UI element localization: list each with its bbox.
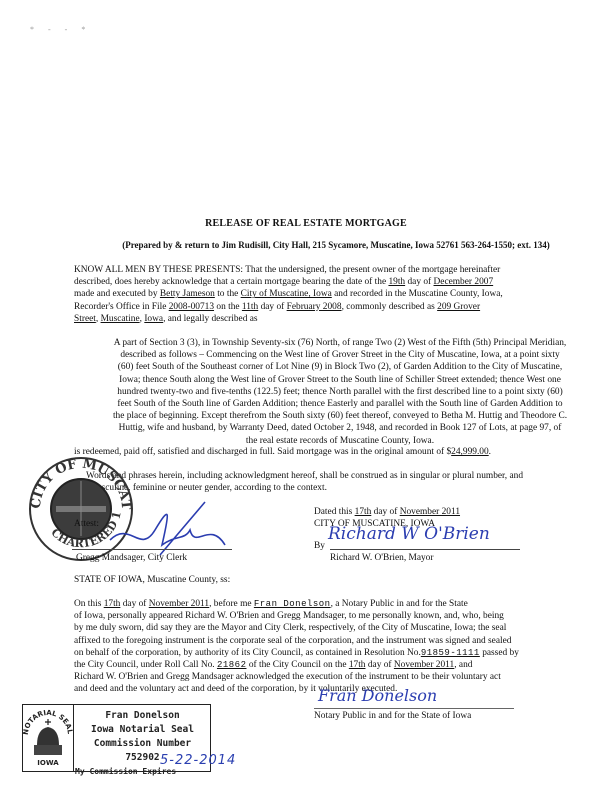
clerk-name: Gregg Mandsager, City Clerk xyxy=(76,552,187,564)
legal-line: Huttig, wife and husband, by Warranty De… xyxy=(80,422,600,434)
legal-line: A part of Section 3 (3), in Township Sev… xyxy=(80,337,600,349)
notary-acknowledgment: On this 17th day of November 2011, befor… xyxy=(74,598,612,696)
prepared-by-line: (Prepared by & return to Jim Rudisill, C… xyxy=(60,239,612,251)
notary-text: the City Council, under Roll Call No. xyxy=(74,660,217,670)
notary-line: affixed to the foregoing instrument is t… xyxy=(74,635,612,647)
clerk-signature-icon xyxy=(100,500,240,560)
notary-signature-line xyxy=(314,708,514,709)
dated-line: Dated this 17th day of November 2011 xyxy=(314,506,460,518)
notary-month-year: November 2011 xyxy=(149,599,209,609)
intro-text: on the xyxy=(214,302,242,312)
mortgage-day: 19th xyxy=(388,277,405,287)
council-month-year: November 2011 xyxy=(394,660,454,670)
original-amount: 24,999.00 xyxy=(451,447,489,457)
document-title: RELEASE OF REAL ESTATE MORTGAGE xyxy=(0,218,612,230)
address-state: Iowa xyxy=(144,314,163,324)
intro-text: day of xyxy=(258,302,286,312)
notary-line: by me duly sworn, did say they are the M… xyxy=(74,622,612,634)
notarial-seal-emblem: NOTARIAL SEAL IOWA xyxy=(23,705,74,771)
notary-text: , and xyxy=(454,660,472,670)
intro-text: day of xyxy=(405,277,433,287)
recorded-day: 11th xyxy=(242,302,258,312)
notary-text: of the City Council on the xyxy=(246,660,348,670)
intro-text: and recorded in the Muscatine County, Io… xyxy=(332,289,503,299)
address-part-2: Street xyxy=(74,314,96,324)
mayor-name: Richard W. O'Brien, Mayor xyxy=(330,552,434,564)
stamp-notary-name: Fran Donelson xyxy=(75,709,210,723)
legal-line: hundred twenty-two and five-tenths (122.… xyxy=(80,386,600,398)
intro-text: to the xyxy=(215,289,241,299)
legal-line: Iowa; thence South along the West line o… xyxy=(80,374,600,386)
svg-text:IOWA: IOWA xyxy=(37,759,59,767)
intro-text: , commonly described as xyxy=(342,302,438,312)
attest-label: Attest: xyxy=(74,518,99,530)
capitol-dome-icon: NOTARIAL SEAL IOWA xyxy=(23,705,73,771)
mayor-signature: Richard W O'Brien xyxy=(328,528,490,540)
mortgage-month-year: December 2007 xyxy=(434,277,494,287)
legal-description: A part of Section 3 (3), in Township Sev… xyxy=(80,337,600,447)
commission-expiration-date: 5-22-2014 xyxy=(160,755,236,767)
venue-line: STATE OF IOWA, Muscatine County, ss: xyxy=(74,574,230,586)
mortgagor: Betty Jameson xyxy=(160,289,215,299)
recorded-month-year: February 2008 xyxy=(287,302,342,312)
notary-line: Richard W. O'Brien and Gregg Mandsager a… xyxy=(74,671,612,683)
notary-text: passed by xyxy=(480,648,519,658)
intro-line-1: KNOW ALL MEN BY THESE PRESENTS: That the… xyxy=(74,264,594,276)
legal-line: the place of beginning. Except therefrom… xyxy=(80,410,600,422)
roll-call-number: 21862 xyxy=(217,660,247,670)
notary-text: day of xyxy=(366,660,394,670)
notary-signature-label: Notary Public in and for the State of Io… xyxy=(314,710,471,722)
notary-text: On this xyxy=(74,599,104,609)
notary-name-typed: Fran Donelson xyxy=(254,599,331,609)
legal-line: feet South of the South line of Garden A… xyxy=(80,398,600,410)
notary-signature: Fran Donelson xyxy=(318,690,437,702)
dated-text: day of xyxy=(371,507,399,517)
mortgagee: City of Muscatine, Iowa xyxy=(241,289,332,299)
intro-text: Recorder's Office in File xyxy=(74,302,169,312)
intro-text: , and legally described as xyxy=(163,314,258,324)
clerk-signature-line xyxy=(72,549,232,550)
redeemed-statement: is redeemed, paid off, satisfied and dis… xyxy=(74,446,491,458)
council-day: 17th xyxy=(349,660,366,670)
legal-line: described as follows – Commencing on the… xyxy=(80,349,600,361)
construction-clause-1: Words and phrases herein, including ackn… xyxy=(86,470,523,482)
redeemed-end: . xyxy=(489,447,491,457)
notary-line: of Iowa, personally appeared Richard W. … xyxy=(74,610,612,622)
notary-text: on behalf of the corporation, by authori… xyxy=(74,648,421,658)
file-number: 2008-00713 xyxy=(169,302,214,312)
address-city: Muscatine xyxy=(101,314,140,324)
mayor-signature-line xyxy=(330,549,520,550)
stamp-line-2: Iowa Notarial Seal xyxy=(75,723,210,737)
legal-line: (60) feet South of the Southeast corner … xyxy=(80,361,600,373)
notary-text: , a Notary Public in and for the State xyxy=(331,599,468,609)
dated-day: 17th xyxy=(355,507,372,517)
legal-line: the real estate records of Muscatine Cou… xyxy=(80,435,600,447)
intro-text: made and executed by xyxy=(74,289,160,299)
address-part-1: 209 Grover xyxy=(437,302,480,312)
resolution-number: 91859-1111 xyxy=(421,648,480,658)
notary-text: , before me xyxy=(209,599,254,609)
intro-text: described, does hereby acknowledge that … xyxy=(74,277,388,287)
notary-text: day of xyxy=(120,599,148,609)
dated-month-year: November 2011 xyxy=(400,507,460,517)
scan-marks: * - - * xyxy=(30,24,91,36)
intro-paragraph: KNOW ALL MEN BY THESE PRESENTS: That the… xyxy=(74,264,594,325)
dated-text: Dated this xyxy=(314,507,355,517)
notary-day: 17th xyxy=(104,599,121,609)
by-label: By xyxy=(314,540,325,552)
